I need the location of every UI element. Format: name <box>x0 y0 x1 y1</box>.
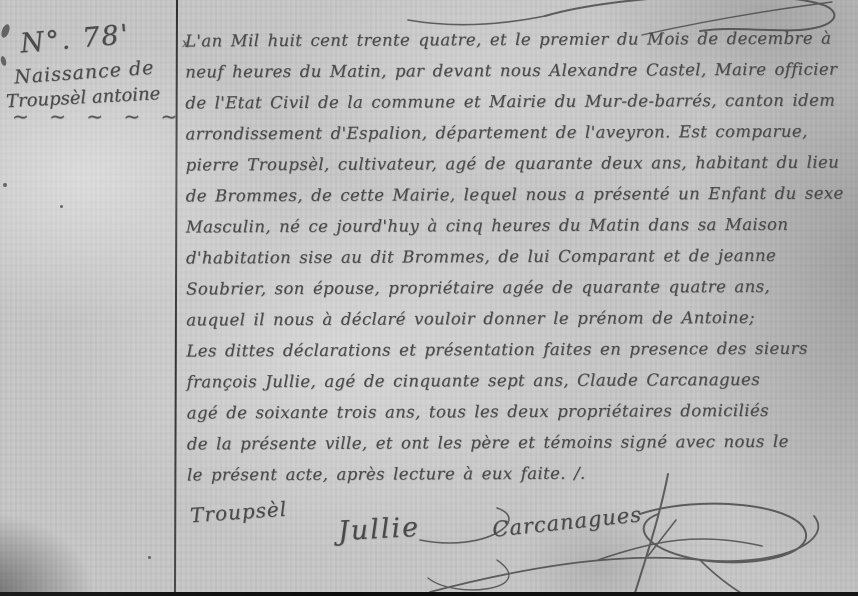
signature-father: Troupsèl <box>189 497 288 528</box>
act-line: Soubrier, son épouse, propriétaire agée … <box>186 271 854 305</box>
act-line: neuf heures du Matin, par devant nous Al… <box>185 54 853 88</box>
record-number: N°. 78' <box>19 15 172 59</box>
scanned-register-page: N°. 78' Naissance de Troupsèl antoine ~ … <box>0 0 858 596</box>
act-line: arrondissement d'Espalion, département d… <box>185 116 853 150</box>
margin-rule-line <box>174 0 178 596</box>
act-line: pierre Troupsèl, cultivateur, agé de qua… <box>186 147 854 181</box>
act-text-block: L'an Mil huit cent trente quatre, et le … <box>185 23 855 491</box>
act-line: Les dittes déclarations et présentation … <box>186 333 854 367</box>
act-line: le présent acte, après lecture à eux fai… <box>187 457 855 491</box>
ink-speckle <box>148 556 151 559</box>
margin-annotation: N°. 78' Naissance de Troupsèl antoine ~ … <box>6 22 171 128</box>
act-line: françois Jullie, agé de cinquante sept a… <box>186 364 854 398</box>
signature-witness-jullie: Jullie <box>337 512 421 547</box>
act-line: agé de soixante trois ans, tous les deux… <box>187 395 855 429</box>
scan-edge-strip <box>0 592 858 596</box>
act-line: L'an Mil huit cent trente quatre, et le … <box>185 23 853 57</box>
act-line: Masculin, né ce jourd'huy à cinq heures … <box>186 209 854 243</box>
signature-witness-carcanagues: Carcanagues <box>491 502 643 542</box>
ink-speckle <box>3 183 7 187</box>
act-line: auquel il nous à déclaré vouloir donner … <box>186 302 854 336</box>
act-line: de la présente ville, et ont les père et… <box>187 426 855 460</box>
act-line: d'habitation sise au dit Brommes, de lui… <box>186 240 854 274</box>
act-line: de Brommes, de cette Mairie, lequel nous… <box>186 178 854 212</box>
ink-speckle <box>60 205 63 208</box>
act-line: de l'Etat Civil de la commune et Mairie … <box>185 85 853 119</box>
